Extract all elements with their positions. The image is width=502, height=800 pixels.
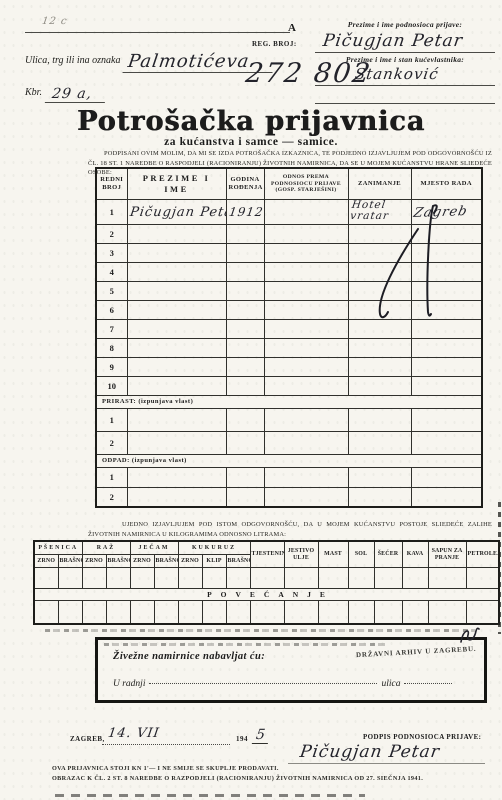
applicant-block: Prezime i ime podnosioca prijave: Pičugj…: [315, 20, 495, 104]
supplies-cell: [428, 568, 466, 589]
col-header-mjesto-rada: MJESTO RADA: [411, 168, 482, 200]
cell-name: [127, 357, 226, 376]
commodity-header: TJESTENINE: [250, 541, 284, 568]
row-number: 8: [96, 338, 127, 357]
commodity-sub-header: BRAŠNO: [226, 555, 250, 568]
section-band-label: ODPAD: (izpunjava vlast): [96, 454, 482, 467]
col-header-prezime-ime: PREZIME I IME: [127, 168, 226, 200]
cell-name: [127, 300, 226, 319]
table-row: 1Pičugjan Petar1912Hotel vratarZagreb: [96, 200, 482, 225]
shop-line: [149, 683, 377, 684]
commodity-sub-header: ZRNO: [178, 555, 202, 568]
household-header-row: REDNI BROJ PREZIME I IME GODINA ROĐENJA …: [96, 168, 482, 200]
commodity-header: ŠEĆER: [374, 541, 402, 568]
row-number: 9: [96, 357, 127, 376]
table-row: 3: [96, 243, 482, 262]
commodity-sub-header: ZRNO: [34, 555, 58, 568]
city-label: ZAGREB,: [70, 735, 105, 743]
commodity-header: SOL: [348, 541, 374, 568]
cell-relation: [264, 357, 348, 376]
form-subtitle: za kućanstva i samce — samice.: [0, 136, 502, 148]
row-number: 1: [96, 467, 127, 487]
cell-year: [226, 243, 264, 262]
owner-value: Stanković: [354, 65, 440, 83]
supplies-cell: [402, 568, 428, 589]
cell-occupation: [348, 467, 411, 487]
reg-number-label: REG. BROJ:: [252, 40, 297, 48]
cell-year: [226, 467, 264, 487]
row-number: 3: [96, 243, 127, 262]
cell-name: [127, 487, 226, 507]
row-number: 1: [96, 200, 127, 225]
supplies-table: PŠENICARAŽJEČAMKUKURUZTJESTENINEJESTIVO …: [33, 540, 500, 625]
street2-line: [404, 683, 452, 684]
commodity-group-header: JEČAM: [130, 541, 178, 555]
row-number-value: 2: [110, 492, 114, 502]
date-value: 14. VII: [107, 726, 161, 741]
supplies-cell: [154, 568, 178, 589]
cell-year: [226, 262, 264, 281]
supplies-cell: [466, 568, 499, 589]
commodity-group-header: RAŽ: [82, 541, 130, 555]
row-number-value: 9: [110, 362, 114, 372]
cell-workplace-value: Zagreb: [412, 204, 469, 221]
cell-workplace: [411, 487, 482, 507]
cell-year-value: 1912: [228, 205, 264, 219]
supplies-cell: [58, 568, 82, 589]
row-number: 7: [96, 319, 127, 338]
cell-occupation: [348, 408, 411, 431]
street2-label: ulica: [381, 679, 400, 689]
supplies-cell: [250, 568, 284, 589]
section-band-label: PRIRAST: (izpunjava vlast): [96, 395, 482, 408]
signature-line: [288, 763, 485, 764]
illegible-box-line: [104, 643, 389, 646]
commodity-group-header: PŠENICA: [34, 541, 82, 555]
owner-rule: [315, 85, 495, 86]
cell-relation: [264, 300, 348, 319]
form-title: Potrošačka prijavnica: [0, 106, 502, 137]
supplies-cell: [318, 601, 348, 624]
supplies-cell: [130, 568, 154, 589]
supplies-cell: [202, 601, 226, 624]
row-number-value: 2: [110, 229, 114, 239]
supplies-cell: [58, 601, 82, 624]
street-label: Ulica, trg ili ina oznaka: [25, 55, 120, 66]
supplies-cell: [466, 601, 499, 624]
supplies-cell: [82, 601, 106, 624]
row-number: 2: [96, 224, 127, 243]
cell-name: [127, 319, 226, 338]
street-row: Ulica, trg ili ina oznaka Palmotićeva: [25, 50, 274, 73]
cell-year: [226, 338, 264, 357]
cell-name: [127, 408, 226, 431]
year-value: 5: [252, 727, 270, 744]
applicant-label: Prezime i ime podnosioca prijave:: [315, 20, 495, 29]
cell-occupation: [348, 338, 411, 357]
commodity-header: KAVA: [402, 541, 428, 568]
cell-workplace: [411, 431, 482, 454]
document-page: 12 c Ulica, trg ili ina oznaka Palmotiće…: [0, 0, 502, 800]
supplies-cell: [250, 601, 284, 624]
col-header-redni-broj: REDNI BROJ: [96, 168, 127, 200]
date-line: [102, 744, 230, 745]
supplies-cell: [34, 601, 58, 624]
signature-value: Pičugjan Petar: [299, 742, 442, 762]
supplies-header-row: PŠENICARAŽJEČAMKUKURUZTJESTENINEJESTIVO …: [34, 541, 499, 555]
footnote-price: OVA PRIJAVNICA STOJI KN 1'— I NE SMIJE S…: [52, 765, 279, 772]
cell-name: [127, 467, 226, 487]
commodity-header: SAPUN ZA PRANJE: [428, 541, 466, 568]
commodity-header: JESTIVO ULJE: [284, 541, 318, 568]
supplies-cell: [318, 568, 348, 589]
table-row: 2: [96, 487, 482, 507]
table-row: 7: [96, 319, 482, 338]
cell-year: [226, 408, 264, 431]
supplies-cell: [178, 601, 202, 624]
cell-year: [226, 224, 264, 243]
procurement-box: Živežne namirnice nabavljat ću: U radnji…: [95, 637, 487, 703]
row-number-value: 2: [110, 438, 114, 448]
row-number: 6: [96, 300, 127, 319]
reg-letter: A: [288, 22, 296, 34]
cell-name: [127, 431, 226, 454]
table-row: 9: [96, 357, 482, 376]
table-row: 10: [96, 376, 482, 395]
supplies-cell: [106, 601, 130, 624]
kbr-row: Kbr. 29 a,: [25, 82, 106, 103]
cell-workplace: [411, 300, 482, 319]
shop-label: U radnji: [113, 679, 145, 689]
cell-workplace: Zagreb: [411, 200, 482, 225]
cell-name: [127, 281, 226, 300]
cell-relation: [264, 224, 348, 243]
supplies-cell: [284, 601, 318, 624]
archive-stamp: DRŽAVNI ARHIV U ZAGREBU.: [355, 645, 476, 659]
commodity-sub-header: BRAŠNO: [106, 555, 130, 568]
cell-year: [226, 487, 264, 507]
table-row: 6: [96, 300, 482, 319]
cell-workplace: [411, 376, 482, 395]
applicant-rule: [315, 52, 495, 53]
row-number-value: 7: [110, 324, 114, 334]
row-number-value: 6: [110, 305, 114, 315]
pencil-note: 12 c: [41, 16, 68, 27]
table-row: 4: [96, 262, 482, 281]
signature-label: PODPIS PODNOSIOCA PRIJAVE:: [363, 733, 481, 741]
row-number: 2: [96, 487, 127, 507]
cell-occupation: [348, 300, 411, 319]
supplies-cell: [34, 568, 58, 589]
povecanje-band-label: POVEĆANJE: [34, 589, 499, 601]
row-number: 2: [96, 431, 127, 454]
year-printed: 194: [236, 735, 248, 743]
supplies-cell: [82, 568, 106, 589]
cell-occupation: [348, 224, 411, 243]
row-number-value: 1: [110, 207, 114, 217]
supplies-cell: [284, 568, 318, 589]
scan-edge-marks: [498, 502, 501, 634]
row-number-value: 1: [110, 415, 114, 425]
supplies-cell: [374, 568, 402, 589]
cell-name: [127, 243, 226, 262]
commodity-sub-header: ZRNO: [82, 555, 106, 568]
commodity-header: MAST: [318, 541, 348, 568]
cell-workplace: [411, 281, 482, 300]
row-number-value: 3: [110, 248, 114, 258]
row-number-value: 10: [108, 381, 117, 391]
cell-relation: [264, 200, 348, 225]
household-table-body: 1Pičugjan Petar1912Hotel vratarZagreb234…: [96, 200, 482, 508]
household-table: REDNI BROJ PREZIME I IME GODINA ROĐENJA …: [95, 167, 483, 508]
supplies-cell: [178, 568, 202, 589]
cell-relation: [264, 408, 348, 431]
table-row: 5: [96, 281, 482, 300]
cell-relation: [264, 487, 348, 507]
row-number-value: 1: [110, 472, 114, 482]
cell-year: [226, 281, 264, 300]
cell-name: [127, 224, 226, 243]
row-number: 10: [96, 376, 127, 395]
stamp-squiggle: [458, 626, 482, 646]
supplies-cell: [130, 601, 154, 624]
cell-name: [127, 376, 226, 395]
section-band-row: PRIRAST: (izpunjava vlast): [96, 395, 482, 408]
cell-workplace: [411, 408, 482, 431]
commodity-header: PETROLEJ: [466, 541, 499, 568]
cell-workplace: [411, 338, 482, 357]
supplies-cell: [154, 601, 178, 624]
cell-occupation: [348, 357, 411, 376]
kbr-label: Kbr.: [25, 87, 42, 98]
row-number: 5: [96, 281, 127, 300]
row-number-value: 4: [110, 267, 114, 277]
supplies-row: [34, 601, 499, 624]
applicant-value: Pičugjan Petar: [322, 31, 465, 51]
cell-year: [226, 319, 264, 338]
cell-workplace: [411, 262, 482, 281]
supplies-declaration: UJEDNO IZJAVLJUJEM POD ISTOM ODGOVORNOŠĆ…: [88, 520, 492, 539]
cell-occupation: [348, 262, 411, 281]
kbr-value: 29 a,: [45, 86, 107, 103]
section-band-row: ODPAD: (izpunjava vlast): [96, 454, 482, 467]
row-number: 1: [96, 408, 127, 431]
table-row: 2: [96, 224, 482, 243]
supplies-cell: [428, 601, 466, 624]
commodity-sub-header: ZRNO: [130, 555, 154, 568]
scan-bottom-marks: [55, 794, 365, 797]
cell-occupation: [348, 281, 411, 300]
cell-workplace: [411, 243, 482, 262]
owner-label: Prezime i ime i stan kućevlastnika:: [315, 55, 495, 64]
row-number-value: 5: [110, 286, 114, 296]
table-row: 1: [96, 467, 482, 487]
commodity-sub-header: KLIP: [202, 555, 226, 568]
row-number-value: 8: [110, 343, 114, 353]
cell-relation: [264, 243, 348, 262]
cell-workplace: [411, 467, 482, 487]
supplies-cell: [106, 568, 130, 589]
supplies-cell: [226, 568, 250, 589]
cell-occupation: [348, 319, 411, 338]
table-row: 1: [96, 408, 482, 431]
cell-year: 1912: [226, 200, 264, 225]
top-left-rule: [25, 32, 290, 33]
procurement-heading: Živežne namirnice nabavljat ću:: [113, 651, 265, 662]
table-row: 2: [96, 431, 482, 454]
cell-name-value: Pičugjan Petar: [128, 205, 226, 220]
commodity-sub-header: BRAŠNO: [154, 555, 178, 568]
cell-relation: [264, 319, 348, 338]
cell-year: [226, 357, 264, 376]
commodity-sub-header: BRAŠNO: [58, 555, 82, 568]
cell-relation: [264, 431, 348, 454]
row-number: 4: [96, 262, 127, 281]
cell-year: [226, 300, 264, 319]
supplies-row: [34, 568, 499, 589]
col-header-zanimanje: ZANIMANJE: [348, 168, 411, 200]
supplies-cell: [226, 601, 250, 624]
cell-year: [226, 431, 264, 454]
supplies-cell: [202, 568, 226, 589]
col-header-godina-rodenja: GODINA ROĐENJA: [226, 168, 264, 200]
spare-rule: [315, 103, 495, 104]
cell-name: [127, 262, 226, 281]
cell-name: Pičugjan Petar: [127, 200, 226, 225]
cell-workplace: [411, 357, 482, 376]
footnote-regulation: OBRAZAC K ČL. 2 ST. 8 NAREDBE O RAZPODJE…: [52, 775, 472, 782]
povecanje-band-row: POVEĆANJE: [34, 589, 499, 601]
cell-relation: [264, 467, 348, 487]
supplies-cell: [374, 601, 402, 624]
cell-occupation: [348, 487, 411, 507]
cell-workplace: [411, 319, 482, 338]
cell-occupation: [348, 431, 411, 454]
cell-occupation: Hotel vratar: [348, 200, 411, 225]
cell-occupation-value: Hotel vratar: [349, 200, 410, 221]
supplies-cell: [348, 568, 374, 589]
cell-occupation: [348, 243, 411, 262]
cell-workplace: [411, 224, 482, 243]
procurement-shop-row: U radnji ulica: [113, 673, 478, 691]
table-row: 8: [96, 338, 482, 357]
cell-name: [127, 338, 226, 357]
cell-occupation: [348, 376, 411, 395]
cell-relation: [264, 281, 348, 300]
col-header-odnos: ODNOS PREMA PODNOSIOCU PRIJAVE (GOSP. ST…: [264, 168, 348, 200]
cell-relation: [264, 376, 348, 395]
cell-relation: [264, 338, 348, 357]
supplies-cell: [402, 601, 428, 624]
cell-relation: [264, 262, 348, 281]
illegible-print-line: [45, 629, 475, 632]
cell-year: [226, 376, 264, 395]
commodity-group-header: KUKURUZ: [178, 541, 250, 555]
supplies-cell: [348, 601, 374, 624]
